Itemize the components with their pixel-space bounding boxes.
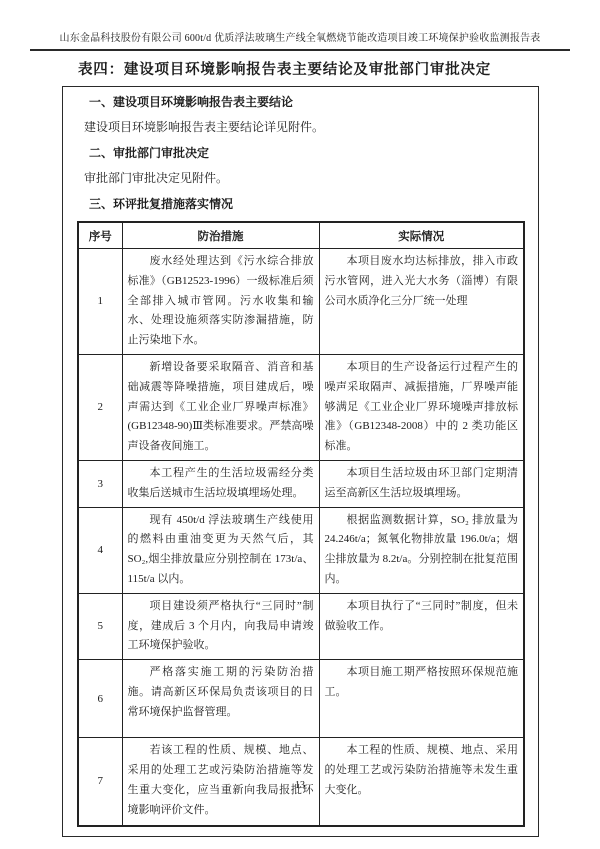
table-row: 4 现有 450t/d 浮法玻璃生产线使用的燃料由重油变更为天然气后，其 SO₂… (78, 507, 524, 593)
section-1-body: 建设项目环境影响报告表主要结论详见附件。 (77, 119, 524, 135)
document-header: 山东金晶科技股份有限公司 600t/d 优质浮法玻璃生产线全氧燃烧节能改造项目竣… (30, 29, 570, 51)
section-3-heading: 三、环评批复措施落实情况 (77, 196, 524, 212)
table-row: 6 严格落实施工期的污染防治措施。请高新区环保局负责该项目的日常环境保护监督管理… (78, 660, 524, 738)
actual-cell: 本项目施工期严格按照环保规范施工。 (319, 660, 524, 738)
section-2-body: 审批部门审批决定见附件。 (77, 170, 524, 186)
table-row: 2 新增设备要采取隔音、消音和基础减震等降噪措施，项目建成后，噪声需达到《工业企… (78, 354, 524, 460)
column-header-actual: 实际情况 (319, 222, 524, 249)
measure-text: 废水经处理达到《污水综合排放标准》（GB12523-1996）一级标准后须全部排… (128, 252, 314, 351)
actual-text: 本工程的性质、规模、地点、采用的处理工艺或污染防治措施等未发生重大变化。 (325, 741, 519, 800)
table-row: 5 项目建设须严格执行“三同时”制度，建成后 3 个月内，向我局申请竣工环境保护… (78, 593, 524, 659)
main-content-box: 一、建设项目环境影响报告表主要结论 建设项目环境影响报告表主要结论详见附件。 二… (62, 86, 539, 837)
row-index: 5 (78, 593, 122, 659)
measure-cell: 严格落实施工期的污染防治措施。请高新区环保局负责该项目的日常环境保护监督管理。 (122, 660, 319, 738)
section-1-heading: 一、建设项目环境影响报告表主要结论 (77, 94, 524, 110)
measure-cell: 本工程产生的生活垃圾需经分类收集后送城市生活垃圾填埋场处理。 (122, 460, 319, 507)
table-row: 1 废水经处理达到《污水综合排放标准》（GB12523-1996）一级标准后须全… (78, 249, 524, 355)
section-2-heading: 二、审批部门审批决定 (77, 145, 524, 161)
measure-text: 本工程产生的生活垃圾需经分类收集后送城市生活垃圾填埋场处理。 (128, 464, 314, 504)
row-index: 4 (78, 507, 122, 593)
row-index: 1 (78, 249, 122, 355)
row-index: 3 (78, 460, 122, 507)
measure-cell: 现有 450t/d 浮法玻璃生产线使用的燃料由重油变更为天然气后，其 SO₂,烟… (122, 507, 319, 593)
actual-cell: 本项目生活垃圾由环卫部门定期清运至高新区生活垃圾填埋场。 (319, 460, 524, 507)
document-page: 山东金晶科技股份有限公司 600t/d 优质浮法玻璃生产线全氧燃烧节能改造项目竣… (0, 0, 600, 849)
measure-text: 新增设备要采取隔音、消音和基础减震等降噪措施，项目建成后，噪声需达到《工业企业厂… (128, 358, 314, 457)
actual-text: 本项目的生产设备运行过程产生的噪声采取隔声、减振措施，厂界噪声能够满足《工业企业… (325, 358, 519, 457)
actual-cell: 本项目废水均达标排放，排入市政污水管网，进入光大水务（淄博）有限公司水质净化三分… (319, 249, 524, 355)
measure-text: 严格落实施工期的污染防治措施。请高新区环保局负责该项目的日常环境保护监督管理。 (128, 663, 314, 722)
page-number: 13 (0, 780, 600, 791)
column-header-measure: 防治措施 (122, 222, 319, 249)
table-row: 3 本工程产生的生活垃圾需经分类收集后送城市生活垃圾填埋场处理。 本项目生活垃圾… (78, 460, 524, 507)
row-index: 2 (78, 354, 122, 460)
measure-cell: 项目建设须严格执行“三同时”制度，建成后 3 个月内，向我局申请竣工环境保护验收… (122, 593, 319, 659)
actual-cell: 根据监测数据计算，SO₂ 排放量为 24.246t/a；氮氧化物排放量 196.… (319, 507, 524, 593)
actual-text: 本项目执行了“三同时”制度，但未做验收工作。 (325, 597, 519, 637)
measure-text: 现有 450t/d 浮法玻璃生产线使用的燃料由重油变更为天然气后，其 SO₂,烟… (128, 511, 314, 590)
actual-text: 本项目生活垃圾由环卫部门定期清运至高新区生活垃圾填埋场。 (325, 464, 519, 504)
measure-cell: 新增设备要采取隔音、消音和基础减震等降噪措施，项目建成后，噪声需达到《工业企业厂… (122, 354, 319, 460)
actual-text: 本项目废水均达标排放，排入市政污水管网，进入光大水务（淄博）有限公司水质净化三分… (325, 252, 519, 311)
measure-text: 项目建设须严格执行“三同时”制度，建成后 3 个月内，向我局申请竣工环境保护验收… (128, 597, 314, 656)
actual-cell: 本项目执行了“三同时”制度，但未做验收工作。 (319, 593, 524, 659)
measure-cell: 废水经处理达到《污水综合排放标准》（GB12523-1996）一级标准后须全部排… (122, 249, 319, 355)
actual-text: 本项目施工期严格按照环保规范施工。 (325, 663, 519, 703)
row-index: 6 (78, 660, 122, 738)
measures-table: 序号 防治措施 实际情况 1 废水经处理达到《污水综合排放标准》（GB12523… (77, 221, 525, 827)
table-header-row: 序号 防治措施 实际情况 (78, 222, 524, 249)
column-header-index: 序号 (78, 222, 122, 249)
actual-text: 根据监测数据计算，SO₂ 排放量为 24.246t/a；氮氧化物排放量 196.… (325, 511, 519, 590)
page-title: 表四：建设项目环境影响报告表主要结论及审批部门审批决定 (78, 58, 491, 79)
actual-cell: 本项目的生产设备运行过程产生的噪声采取隔声、减振措施，厂界噪声能够满足《工业企业… (319, 354, 524, 460)
